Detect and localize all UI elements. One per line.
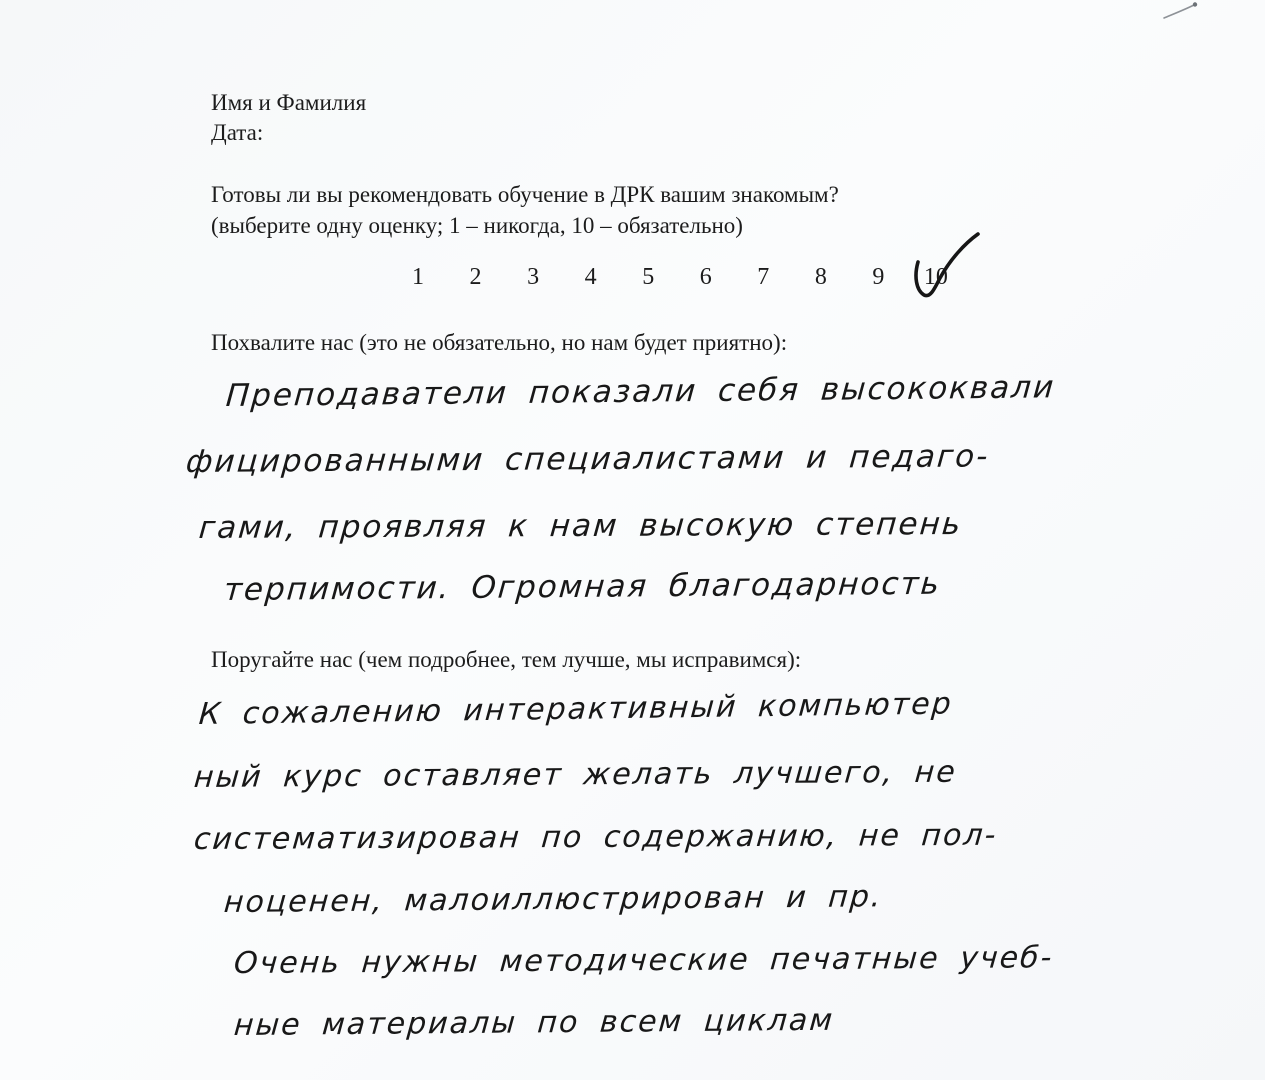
scale-option-7: 7 (743, 264, 783, 291)
critique-handwriting-line: систематизирован по содержанию, не пол- (193, 818, 999, 857)
question-text: Готовы ли вы рекомендовать обучение в ДР… (211, 180, 839, 210)
scale-option-3: 3 (513, 264, 553, 291)
name-label: Имя и Фамилия (211, 88, 366, 118)
scale-option-4: 4 (571, 264, 611, 291)
critique-handwriting-line: Очень нужны методические печатные учеб- (233, 940, 1055, 981)
scale-option-1: 1 (398, 264, 438, 291)
scale-option-10: 10 (916, 264, 956, 291)
praise-handwriting-line: терпимости. Огромная благодарность (223, 566, 943, 608)
date-label: Дата: (211, 118, 263, 148)
praise-label: Похвалите нас (это не обязательно, но на… (211, 328, 787, 358)
scale-option-2: 2 (456, 264, 496, 291)
scale-option-8: 8 (801, 264, 841, 291)
critique-handwriting-line: ный курс оставляет желать лучшего, не (193, 755, 959, 795)
scanned-feedback-form: Имя и Фамилия Дата: Готовы ли вы рекомен… (0, 0, 1265, 1080)
scale-option-5: 5 (628, 264, 668, 291)
critique-handwriting-line: ные материалы по всем циклам (233, 1003, 836, 1043)
praise-handwriting-line: Преподаватели показали себя высококвали (225, 369, 1057, 414)
praise-handwriting-line: фицированными специалистами и педаго- (185, 438, 991, 480)
pen-stroke-artifact (1150, 0, 1220, 24)
critique-label: Поругайте нас (чем подробнее, тем лучше,… (211, 645, 801, 675)
critique-handwriting-line: К сожалению интерактивный компьютер (198, 686, 954, 732)
scale-option-6: 6 (686, 264, 726, 291)
question-hint: (выберите одну оценку; 1 – никогда, 10 –… (211, 211, 743, 241)
scale-option-9: 9 (858, 264, 898, 291)
praise-handwriting-line: гами, проявляя к нам высокую степень (198, 506, 964, 546)
critique-handwriting-line: ноценен, малоиллюстрирован и пр. (223, 879, 884, 920)
rating-scale: 1 2 3 4 5 6 7 8 9 10 (398, 264, 956, 291)
